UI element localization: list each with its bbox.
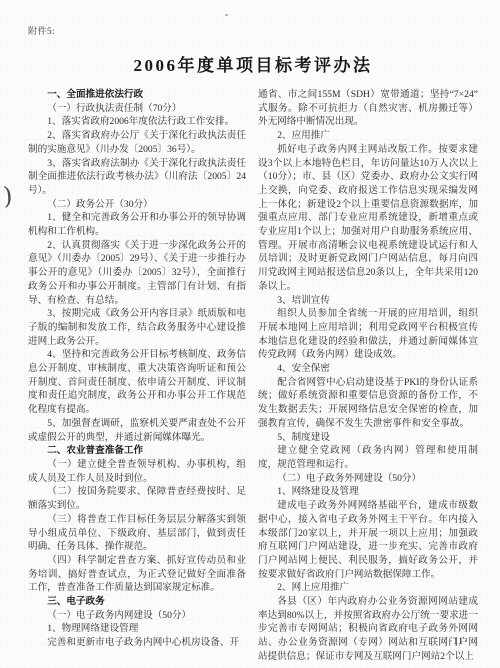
paragraph: （四）科学制定普查方案、抓好宣传动员和业务培训、搞好普查试点，为正式登记做好全面… xyxy=(28,554,246,595)
section-heading: 三、电子政务 xyxy=(28,595,246,609)
paragraph: 1、健全和完善政务公开和办事公开的领导协调机构和工作机构。 xyxy=(28,211,246,238)
continuation-paragraph: 通省、市之间155M（SDH）宽带通道；坚持“7×24”式服务。除不可抗拒力（自… xyxy=(258,88,478,129)
left-column: 一、全面推进依法行政 （一）行政执法责任制（70分） 1、落实省政府2006年度… xyxy=(28,88,246,664)
paragraph: 5、加强督查调研，监察机关要严肃查处不公开或虚假公开的典型，并通过新闻媒体曝光。 xyxy=(28,417,246,444)
sub-heading: 2、网上应用推广 xyxy=(258,581,478,595)
paragraph: 建成电子政务外网网络基础平台，建成市级数据中心，接入省电子政务外网主干平台。年内… xyxy=(258,499,478,581)
paragraph: 1、落实省政府2006年度依法行政工作安排。 xyxy=(28,115,246,129)
paragraph: （一）建立健全普查领导机构、办事机构，组成人员及工作人员及时到位。 xyxy=(28,458,246,485)
sub-heading: （二）电子政务外网建设（50分） xyxy=(258,472,478,486)
paragraph: 2、认真贯彻落实《关于进一步深化政务公开的意见》（川委办〔2005〕29号）、《… xyxy=(28,239,246,308)
section-heading: 二、农业普查准备工作 xyxy=(28,444,246,458)
paragraph: 2、落实省政府办公厅《关于深化行政执法责任制的实施意见》（川办发〔2005〕36… xyxy=(28,129,246,156)
section-heading: 一、全面推进依法行政 xyxy=(28,88,246,102)
sub-heading: 1、网络建设及管理 xyxy=(258,485,478,499)
sub-heading: （一）电子政务内网建设（50分） xyxy=(28,609,246,623)
page-number: ·11· xyxy=(449,636,468,646)
paragraph: （二）按国务院要求、保障普查经费按时、足额落实到位。 xyxy=(28,485,246,512)
paragraph: 3、按期完成《政务公开内容目录》纸质版和电子版的编制和发放工作，结合政务服务中心… xyxy=(28,307,246,348)
two-column-body: 一、全面推进依法行政 （一）行政执法责任制（70分） 1、落实省政府2006年度… xyxy=(28,88,478,664)
sub-heading: （二）政务公开（30分） xyxy=(28,198,246,212)
right-column: 通省、市之间155M（SDH）宽带通道；坚持“7×24”式服务。除不可抗拒力（自… xyxy=(258,88,478,664)
sub-heading: 4、安全保密 xyxy=(258,362,478,376)
paragraph: （三）将普查工作目标任务层层分解落实到领导小组成员单位、下级政府、基层部门，做到… xyxy=(28,513,246,554)
paragraph: 3、落实省政府法制办《关于深化行政执法责任制全面推进依法行政考核办法》（川府法〔… xyxy=(28,157,246,198)
attachment-label: 附件5: xyxy=(28,24,478,37)
paragraph: 抓好电子政务内网主网站改版工作。按要求建设3个以上本地特色栏目，年访问量达10万… xyxy=(258,143,478,294)
handwritten-pen-mark: ) xyxy=(2,184,13,209)
paragraph: 建立健全党政网（政务内网）管理和使用制度，规范管理和运行。 xyxy=(258,444,478,471)
sub-heading: 3、培训宣传 xyxy=(258,294,478,308)
scanned-document-page: 附件5: 2006年度单项目标考评办法 ) 一、全面推进依法行政 （一）行政执法… xyxy=(0,0,500,668)
paragraph: 组织人员参加全省统一开展的应用培训，组织开展本地网上应用培训；利用党政网平台积极… xyxy=(258,307,478,362)
sub-heading: （一）行政执法责任制（70分） xyxy=(28,102,246,116)
paragraph: 4、坚持和完善政务公开目标考核制度、政务信息公开制度、审核制度、重大决策咨询听证… xyxy=(28,348,246,417)
page-title: 2006年度单项目标考评办法 xyxy=(28,51,478,76)
sub-heading: 1、物理网络建设管理 xyxy=(28,622,246,636)
scan-speckle xyxy=(225,14,228,16)
paragraph: 完善和更新市电子政务内网中心机房设备、开 xyxy=(28,636,246,650)
sub-heading: 2、应用推广 xyxy=(258,129,478,143)
paragraph: 各县（区）年内政府办公业务资源网网站建成率达到80%以上，并按照省政府办公厅统一… xyxy=(258,595,478,664)
paragraph: 配合省网管中心启动建设基于PKI的身份认证系统；做好系统资源和重要信息资源的备份… xyxy=(258,376,478,431)
sub-heading: 5、制度建设 xyxy=(258,431,478,445)
